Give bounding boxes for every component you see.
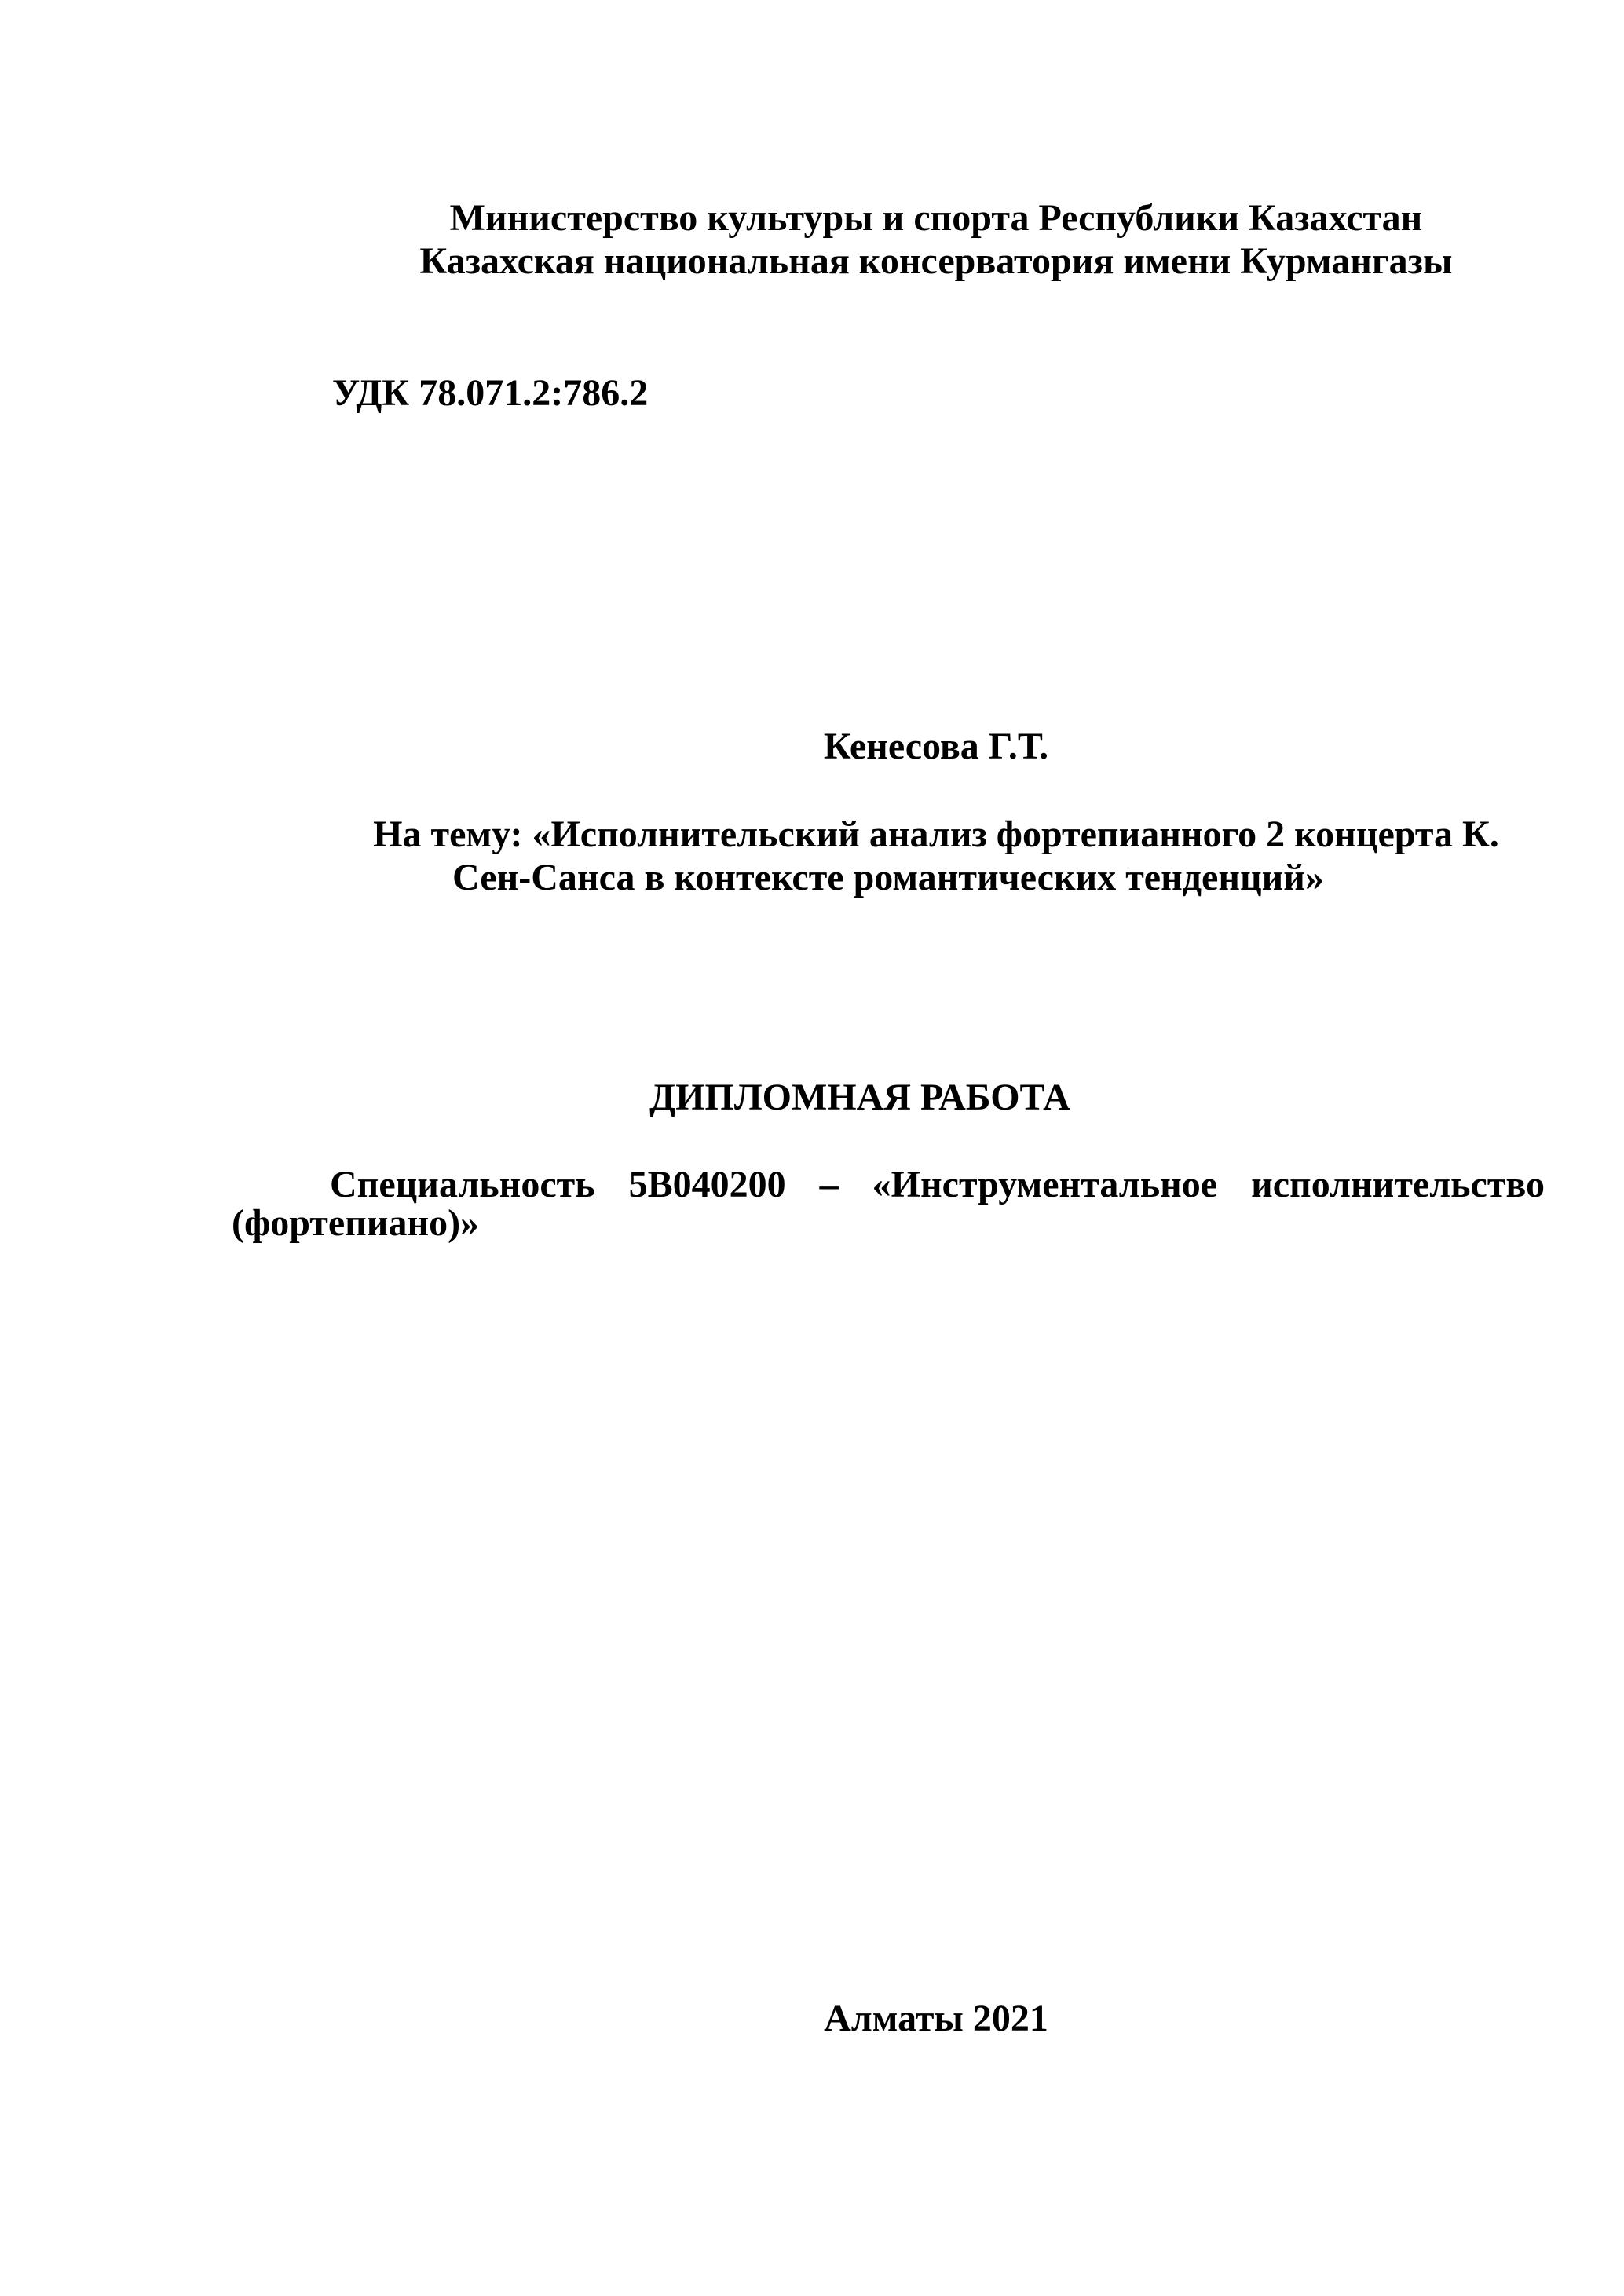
title-page: Министерство культуры и спорта Республик… — [0, 0, 1624, 2296]
topic-line-2: Сен-Санса в контексте романтических тенд… — [417, 859, 1359, 897]
work-type-heading: ДИПЛОМНАЯ РАБОТА — [546, 1079, 1174, 1117]
udk-code: УДК 78.071.2:786.2 — [332, 375, 648, 412]
institution-name: Казахская национальная консерватория име… — [308, 243, 1564, 280]
specialty-line-2: (фортепиано)» — [232, 1205, 479, 1242]
topic-line-1: На тему: «Исполнительский анализ фортепи… — [308, 816, 1564, 854]
city-year: Алматы 2021 — [700, 2000, 1172, 2038]
specialty-line-1: Специальность 5В040200 – «Инструментальн… — [330, 1166, 1545, 1204]
ministry-name: Министерство культуры и спорта Республик… — [308, 199, 1564, 237]
author-name: Кенесова Г.Т. — [700, 728, 1172, 766]
